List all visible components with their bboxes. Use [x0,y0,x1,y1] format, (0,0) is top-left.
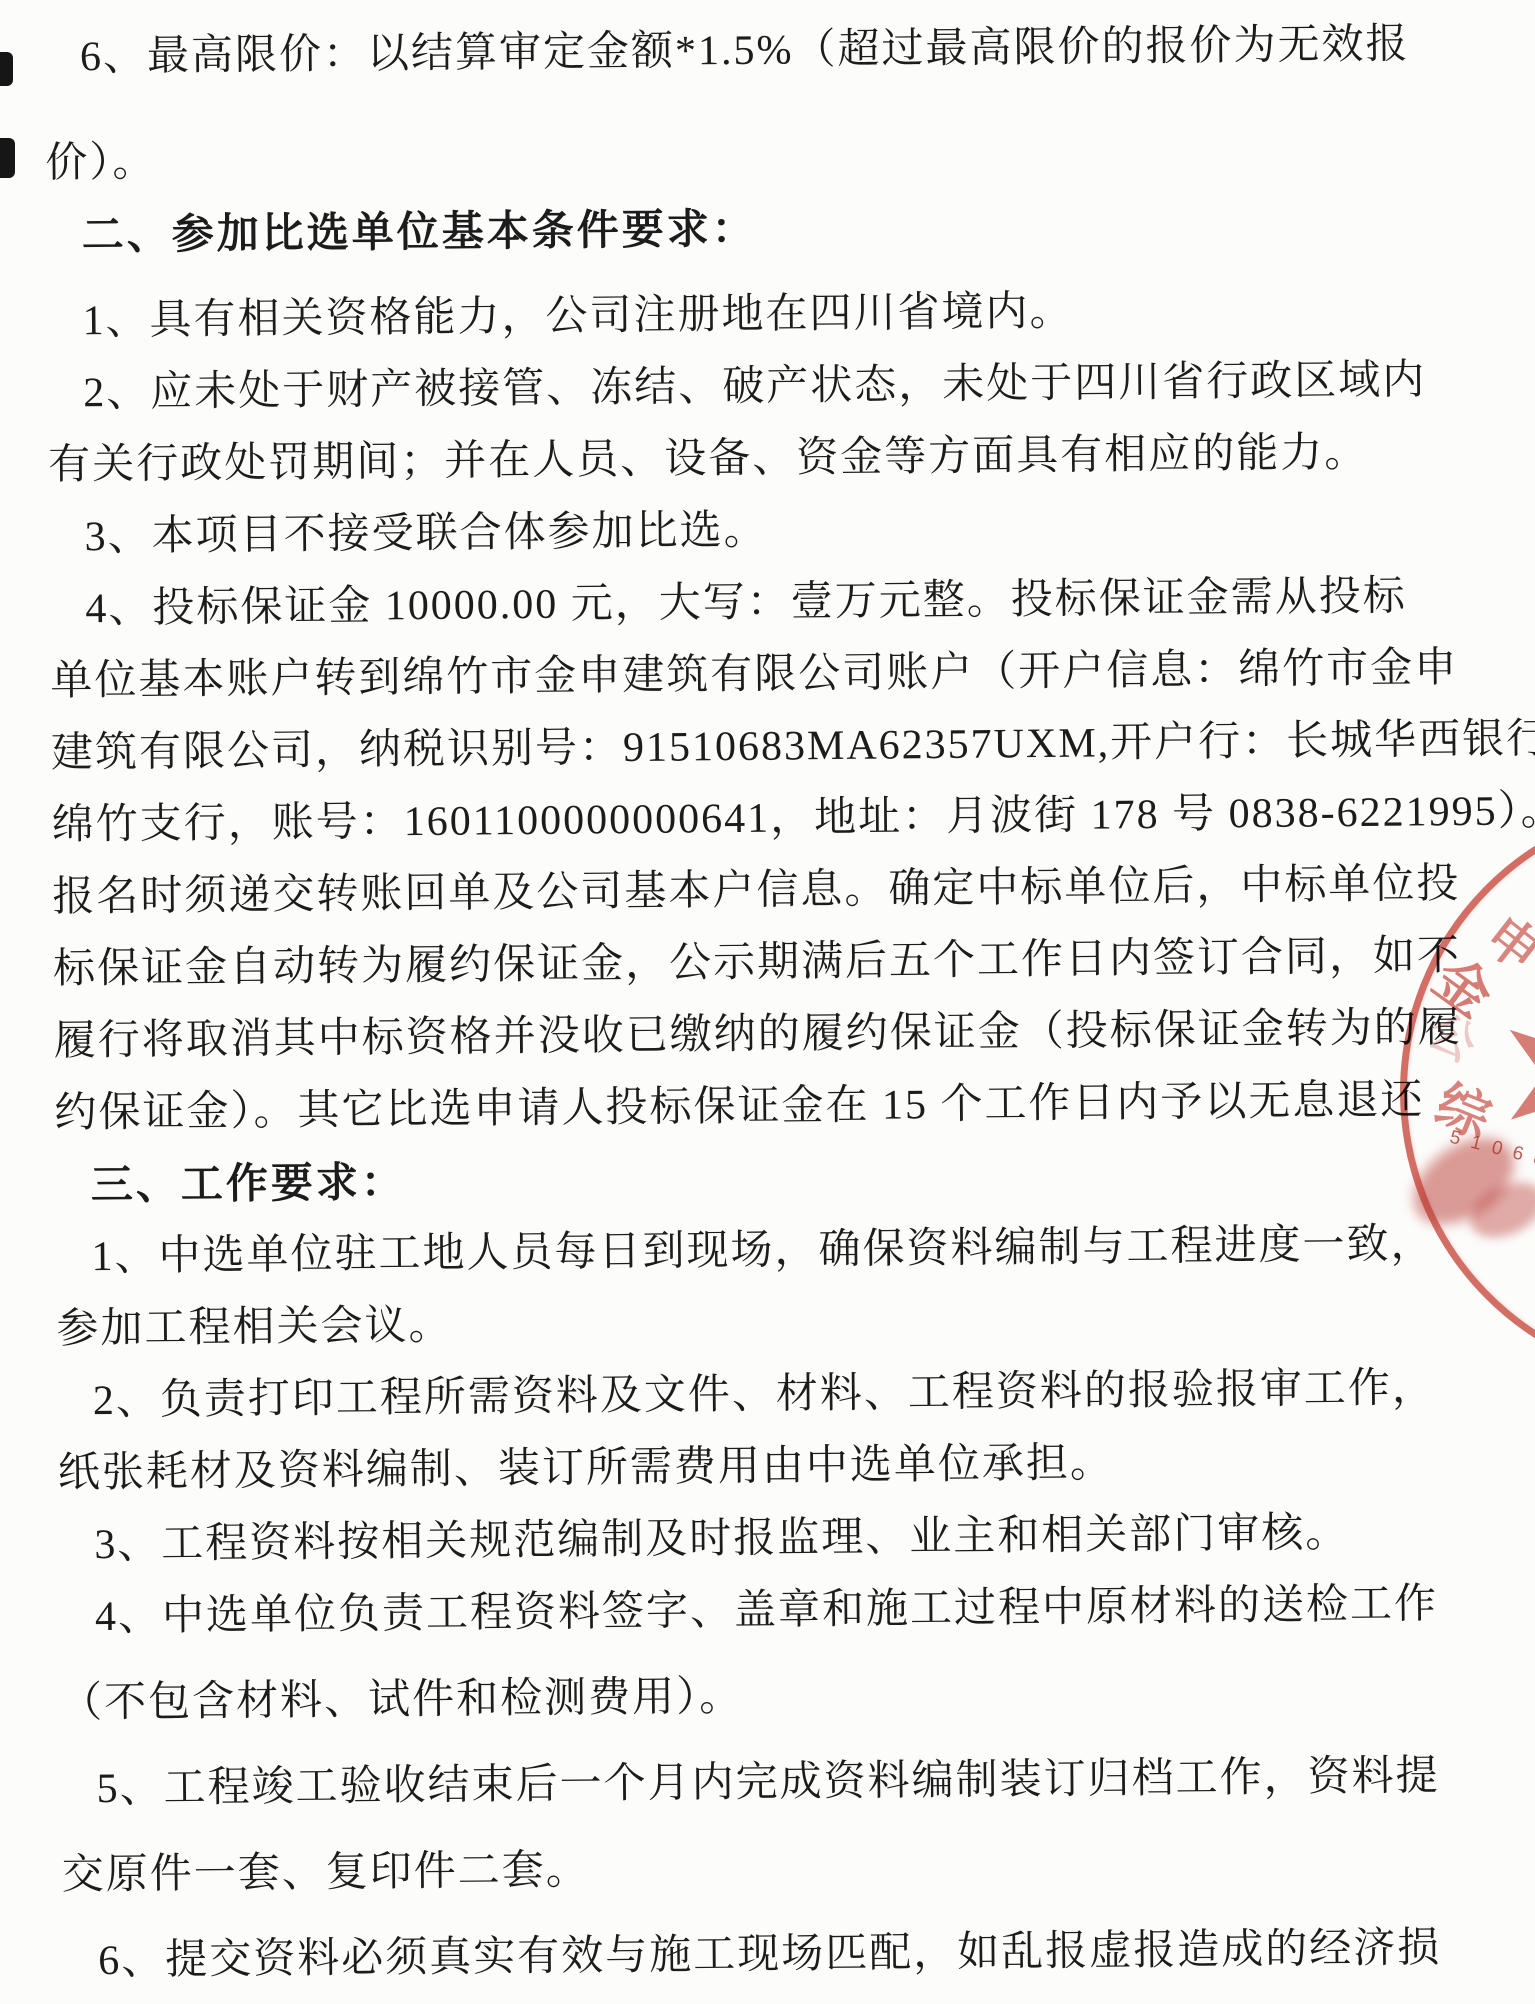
text-line: （不包含材料、试件和检测费用）。 [60,1653,1534,1739]
text-line: 6、最高限价：以结算审定金额*1.5%（超过最高限价的报价为无效报 [44,7,1518,93]
text-line: 6、提交资料必须真实有效与施工现场匹配，如乱报虚报造成的经济损 [62,1911,1535,1997]
text-line: 2、负责打印工程所需资料及文件、材料、工程资料的报验报审工作， [57,1351,1531,1437]
document-text-block: 6、最高限价：以结算审定金额*1.5%（超过最高限价的报价为无效报价）。二、参加… [0,7,1535,1998]
text-line: 约保证金）。其它比选申请人投标保证金在 15 个工作日内予以无息退还 [54,1063,1528,1149]
text-line: 1、中选单位驻工地人员每日到现场，确保资料编制与工程进度一致， [56,1207,1530,1293]
section-heading-line: 二、参加比选单位基本条件要求： [46,185,1520,271]
text-line: 有关行政处罚期间；并在人员、设备、资金等方面具有相应的能力。 [48,415,1522,501]
text-line: 5、工程竣工验收结束后一个月内完成资料编制装订归档工作，资料提 [61,1739,1535,1825]
text-line: 交原件一套、复印件二套。 [61,1825,1535,1911]
text-line: 4、中选单位负责工程资料签字、盖章和施工过程中原材料的送检工作 [59,1567,1533,1653]
